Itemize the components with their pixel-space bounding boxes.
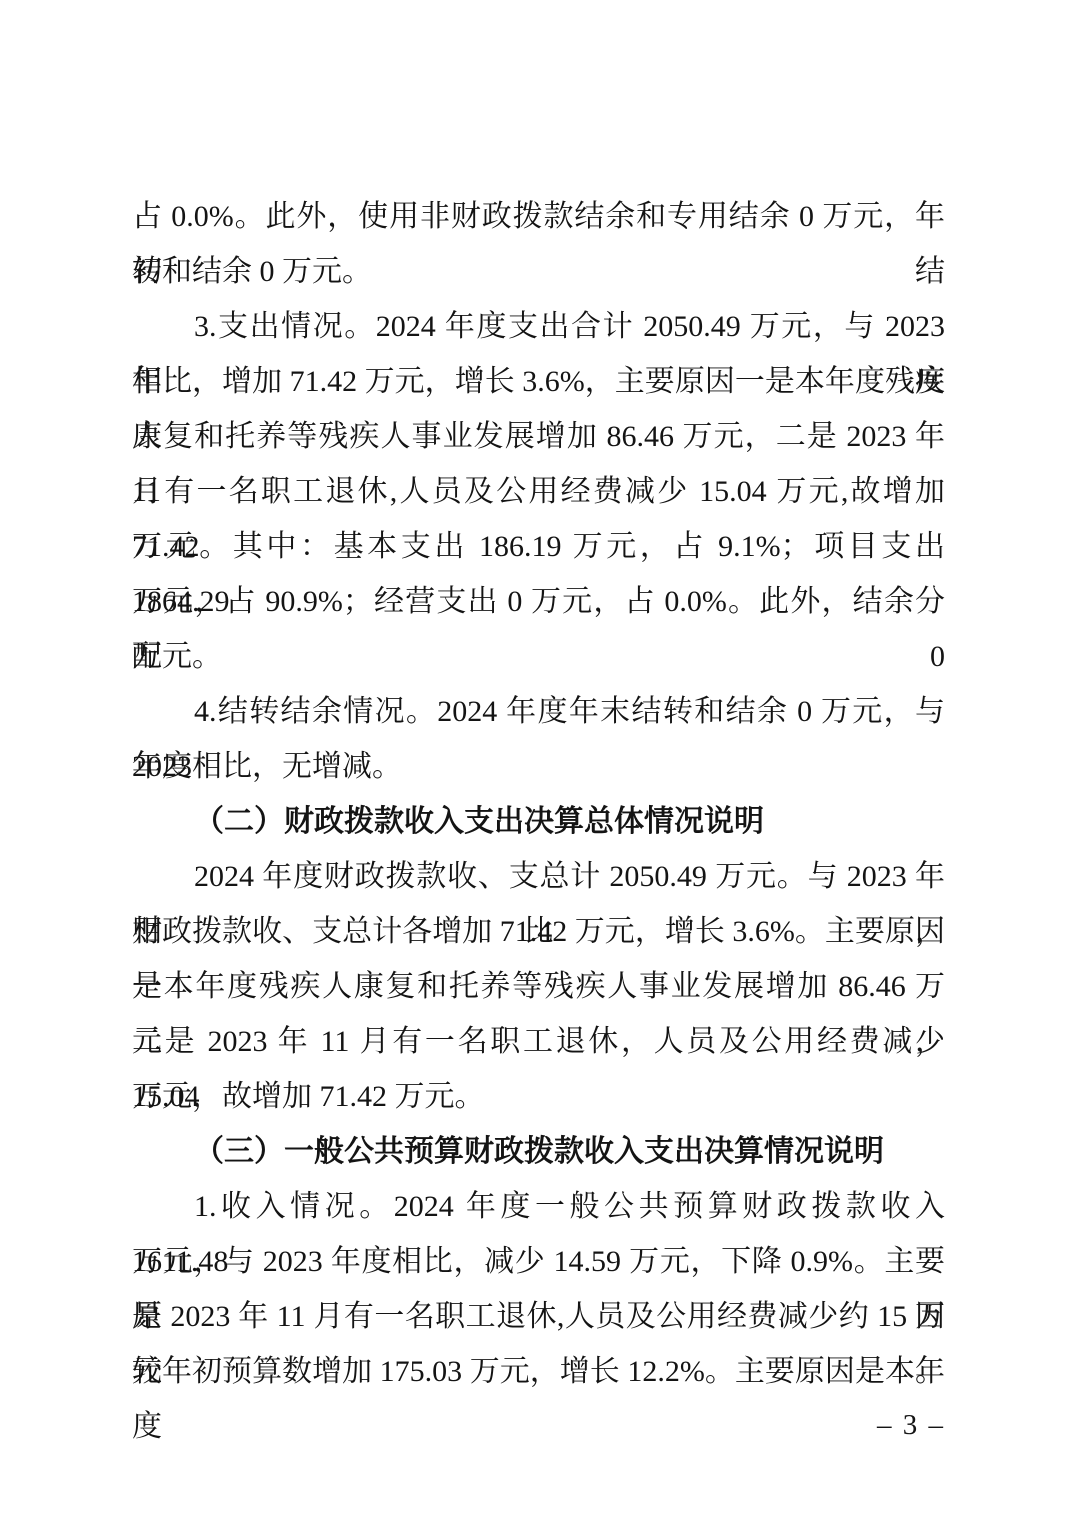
text-line: 万元。其中：基本支出 186.19 万元，占 9.1%；项目支出 1864.29 (132, 519, 945, 574)
document-page: 占 0.0%。此外，使用非财政拨款结余和专用结余 0 万元，年初结 转和结余 0… (0, 0, 1075, 1520)
text-line: 2024 年度财政拨款收、支总计 2050.49 万元。与 2023 年相比， (132, 849, 945, 904)
text-line: 财政拨款收、支总计各增加 71.42 万元，增长 3.6%。主要原因一 (132, 904, 945, 959)
document-body: 占 0.0%。此外，使用非财政拨款结余和专用结余 0 万元，年初结 转和结余 0… (132, 189, 945, 1399)
page-number: – 3 – (877, 1408, 945, 1442)
text-line: 相比，增加 71.42 万元，增长 3.6%，主要原因一是本年度残疾人 (132, 354, 945, 409)
text-line: 是本年度残疾人康复和托养等残疾人事业发展增加 86.46 万元， (132, 959, 945, 1014)
text-line: 1.收入情况。2024 年度一般公共预算财政拨款收入 1611.48 (132, 1179, 945, 1234)
text-line: 康复和托养等残疾人事业发展增加 86.46 万元，二是 2023 年 11 (132, 409, 945, 464)
text-line: 二是 2023 年 11 月有一名职工退休，人员及公用经费减少 15.04 (132, 1014, 945, 1069)
section-heading-3: （三）一般公共预算财政拨款收入支出决算情况说明 (132, 1124, 945, 1179)
text-line: 万元，占 90.9%；经营支出 0 万元，占 0.0%。此外，结余分配 0 (132, 574, 945, 629)
text-line: 4.结转结余情况。2024 年度年末结转和结余 0 万元，与 2023 (132, 684, 945, 739)
section-heading-2: （二）财政拨款收入支出决算总体情况说明 (132, 794, 945, 849)
text-line: 较年初预算数增加 175.03 万元，增长 12.2%。主要原因是本年度 (132, 1344, 945, 1399)
text-line: 万元，故增加 71.42 万元。 (132, 1069, 945, 1124)
text-line: 3.支出情况。2024 年度支出合计 2050.49 万元，与 2023 年度 (132, 299, 945, 354)
text-line: 年度相比，无增减。 (132, 739, 945, 794)
text-line: 月有一名职工退休,人员及公用经费减少 15.04 万元,故增加 71.42 (132, 464, 945, 519)
text-line: 是 2023 年 11 月有一名职工退休,人员及公用经费减少约 15 万元。 (132, 1289, 945, 1344)
text-line: 万元，与 2023 年度相比，减少 14.59 万元，下降 0.9%。主要原因 (132, 1234, 945, 1289)
text-line: 占 0.0%。此外，使用非财政拨款结余和专用结余 0 万元，年初结 (132, 189, 945, 244)
